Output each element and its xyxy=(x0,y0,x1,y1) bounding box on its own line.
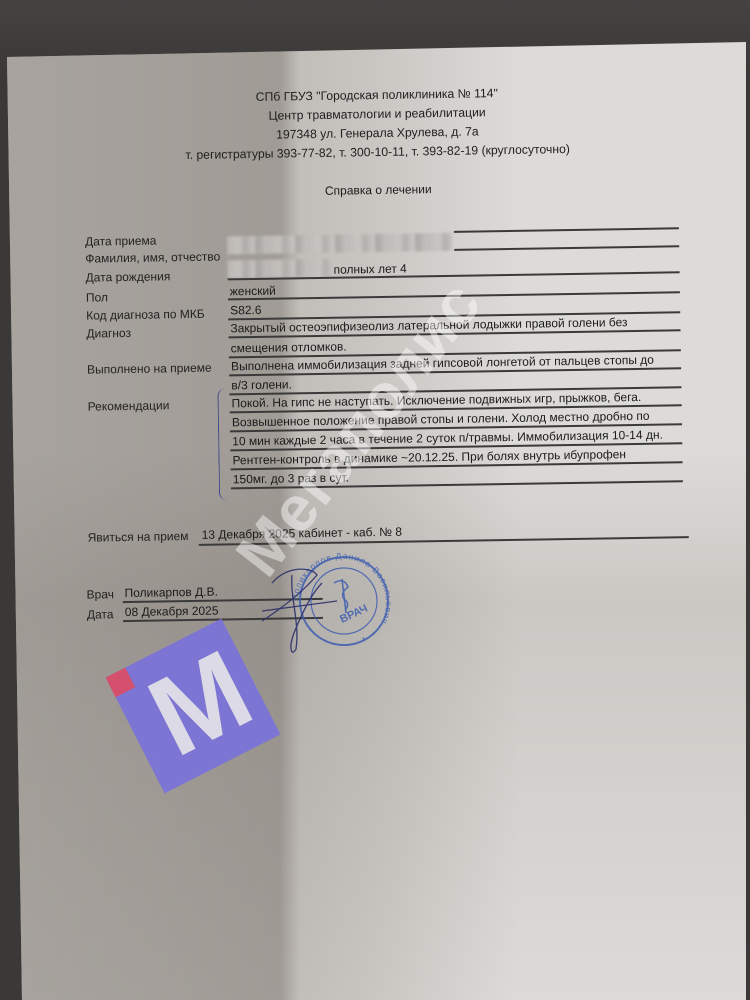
visit-date-line xyxy=(454,227,679,232)
document-title: Справка о лечении xyxy=(148,179,608,200)
sex-label: Пол xyxy=(86,290,108,304)
sex-value: женский xyxy=(230,284,276,299)
visit-date-label: Дата приема xyxy=(85,234,157,249)
full-name-label: Фамилия, имя, отчество xyxy=(85,250,220,266)
doctor-value: Поликарпов Д.В. xyxy=(124,585,217,600)
date-value: 08 Декабря 2025 xyxy=(125,604,219,619)
icd-value: S82.6 xyxy=(230,303,262,317)
redacted-full-name xyxy=(227,233,452,255)
birth-date-label: Дата рождения xyxy=(86,269,171,284)
performed-line-2: в/3 голени. xyxy=(231,377,292,392)
doctor-label: Врач xyxy=(86,587,114,601)
recommendations-label: Рекомендации xyxy=(88,398,170,413)
caduceus-icon xyxy=(334,579,348,613)
next-visit-label: Явиться на прием xyxy=(88,529,189,545)
redacted-birth-date xyxy=(227,259,331,279)
stamp-center-text: ВРАЧ xyxy=(338,603,369,626)
age-value: полных лет 4 xyxy=(333,262,406,277)
diagnosis-label: Диагноз xyxy=(86,326,131,341)
full-name-line xyxy=(454,245,679,250)
diagnosis-line-2: смещения отломков. xyxy=(231,340,347,356)
stamp-star-icon: * xyxy=(362,636,365,645)
medical-certificate: СПб ГБУЗ "Городская поликлиника № 114" Ц… xyxy=(0,0,750,1000)
icd-label: Код диагноза по МКБ xyxy=(86,307,205,323)
performed-label: Выполнено на приеме xyxy=(87,361,212,377)
handwritten-bracket xyxy=(217,388,230,500)
date-label: Дата xyxy=(87,607,114,621)
stamp-seal: Поликарпов Данила Васильевич ВРАЧ * xyxy=(290,553,394,645)
